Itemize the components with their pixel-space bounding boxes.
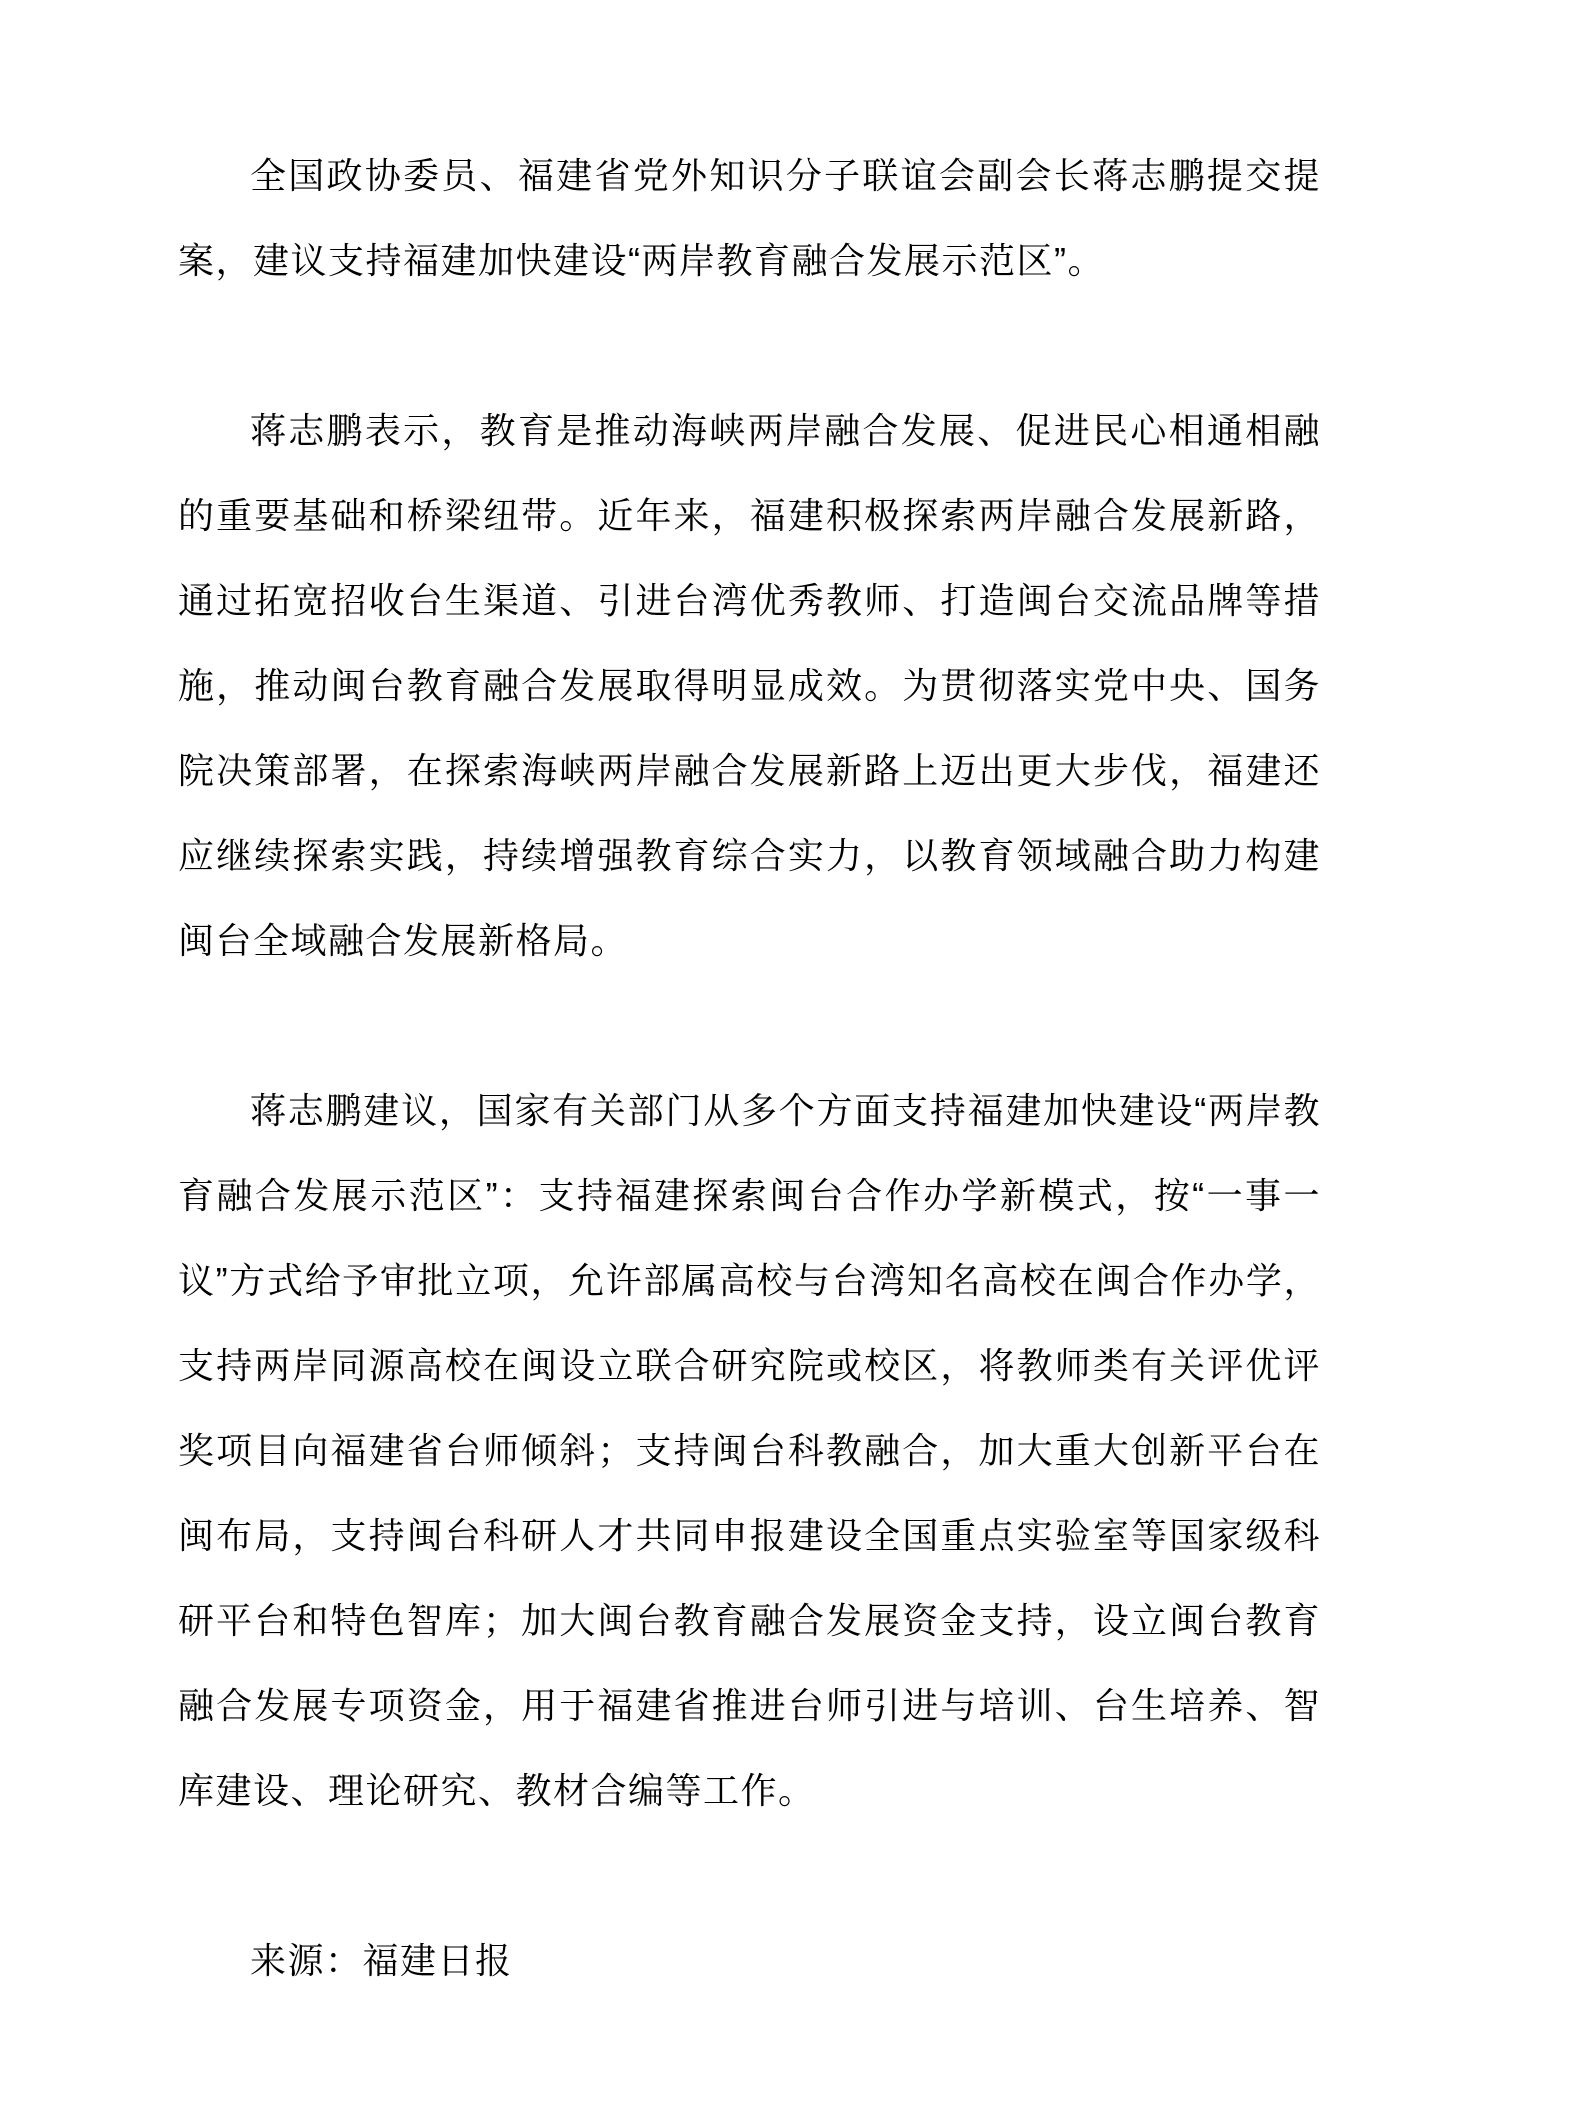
document-page: 全国政协委员、福建省党外知识分子联谊会副会长蒋志鹏提交提案，建议支持福建加快建设… (0, 0, 1586, 2102)
paragraph-intro: 全国政协委员、福建省党外知识分子联谊会副会长蒋志鹏提交提案，建议支持福建加快建设… (178, 133, 1321, 303)
source-line: 来源：福建日报 (178, 1918, 1321, 2003)
paragraph-statement: 蒋志鹏表示，教育是推动海峡两岸融合发展、促进民心相通相融的重要基础和桥梁纽带。近… (178, 388, 1321, 983)
paragraph-suggestions: 蒋志鹏建议，国家有关部门从多个方面支持福建加快建设“两岸教育融合发展示范区”：支… (178, 1068, 1321, 1833)
